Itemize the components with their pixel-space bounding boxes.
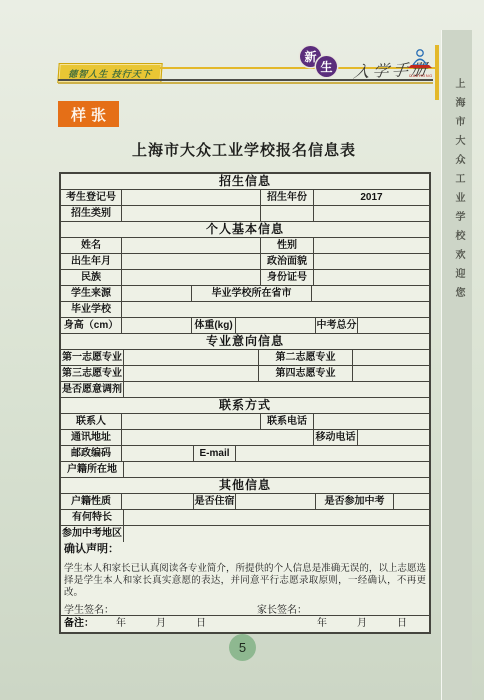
form-row: 学生来源毕业学校所在省市: [61, 286, 429, 302]
confirmation-statement: 确认声明： 学生本人和家长已认真阅读各专业简介，所提供的个人信息是准确无误的，以…: [61, 542, 429, 616]
field-value: [236, 318, 316, 333]
field-label: 是否参加中考: [316, 494, 394, 509]
form-row: 招生类别: [61, 206, 429, 222]
page-number-badge: 5: [229, 634, 256, 661]
field-label: 第四志愿专业: [259, 366, 353, 381]
field-value: [124, 366, 259, 381]
statement-body: 学生本人和家长已认真阅读各专业简介，所提供的个人信息是准确无误的，以上志愿选择是…: [64, 563, 426, 599]
parent-signature-label: 家长签名：: [245, 605, 426, 617]
field-label: 民族: [61, 270, 122, 285]
right-sidebar-strip: 上海市大众工业学校欢迎您: [441, 30, 472, 700]
field-label: 出生年月: [61, 254, 122, 269]
field-label: 第三志愿专业: [61, 366, 124, 381]
field-label: 第一志愿专业: [61, 350, 124, 365]
field-label: 联系人: [61, 414, 122, 429]
field-value: [124, 462, 429, 477]
form-row: 姓名性别: [61, 238, 429, 254]
form-row: 参加中考地区: [61, 526, 429, 542]
field-value: [236, 446, 429, 461]
field-value: [122, 302, 429, 317]
section-header-row: 招生信息: [61, 174, 429, 190]
field-label: 招生类别: [61, 206, 122, 221]
field-label: 体重(kg): [192, 318, 236, 333]
field-value: [122, 206, 261, 221]
field-value: [122, 286, 192, 301]
header-rule-gold: [58, 82, 433, 84]
field-label: 是否住宿: [194, 494, 236, 509]
section-header-row: 专业意向信息: [61, 334, 429, 350]
field-label: 是否愿意调剂: [61, 382, 124, 397]
section-header-row: 联系方式: [61, 398, 429, 414]
form-row: 民族身份证号: [61, 270, 429, 286]
form-row: 有何特长: [61, 510, 429, 526]
statement-title: 确认声明：: [64, 543, 426, 556]
school-logo-icon: [404, 48, 436, 74]
sample-tag-text: 样张: [71, 104, 111, 125]
form-row: 联系人联系电话: [61, 414, 429, 430]
field-value: [314, 238, 429, 253]
field-value: [358, 430, 429, 445]
field-label: 毕业学校: [61, 302, 122, 317]
field-value: [122, 254, 261, 269]
field-value: [124, 350, 259, 365]
field-value: [353, 366, 429, 381]
field-label: 考生登记号: [61, 190, 122, 205]
form-row: 邮政编码E-mail: [61, 446, 429, 462]
field-label: 姓名: [61, 238, 122, 253]
badge-circle-sheng: 生: [316, 56, 337, 77]
field-label: 性别: [261, 238, 314, 253]
form-row: 考生登记号招生年份2017: [61, 190, 429, 206]
field-label: 有何特长: [61, 510, 124, 525]
field-value: [122, 270, 261, 285]
field-label: 户籍所在地: [61, 462, 124, 477]
field-value: [124, 526, 429, 542]
form-row: 户籍性质是否住宿是否参加中考: [61, 494, 429, 510]
form-row: 出生年月政治面貌: [61, 254, 429, 270]
registration-form-table: 招生信息考生登记号招生年份2017招生类别个人基本信息姓名性别出生年月政治面貌民…: [59, 172, 431, 634]
field-label: 通讯地址: [61, 430, 122, 445]
field-value: [122, 414, 261, 429]
form-row: 第三志愿专业第四志愿专业: [61, 366, 429, 382]
field-value: [314, 254, 429, 269]
field-value: [122, 238, 261, 253]
form-title: 上海市大众工业学校报名信息表: [59, 139, 429, 160]
field-value: [394, 494, 429, 509]
school-logo-caption: DAZHONG: [406, 73, 436, 78]
field-value: [353, 350, 429, 365]
field-label: 身高（cm）: [61, 318, 122, 333]
field-value: [358, 318, 429, 333]
form-table-rows: 招生信息考生登记号招生年份2017招生类别个人基本信息姓名性别出生年月政治面貌民…: [61, 174, 429, 542]
field-label: 毕业学校所在省市: [192, 286, 312, 301]
field-value: [122, 318, 192, 333]
form-row: 是否愿意调剂: [61, 382, 429, 398]
school-slogan-text: 德智人生 技行天下: [68, 67, 152, 80]
parent-sign-date: 年 月 日: [245, 617, 426, 630]
school-logo: DAZHONG: [404, 48, 436, 80]
field-label: 移动电话: [314, 430, 358, 445]
form-row: 第一志愿专业第二志愿专业: [61, 350, 429, 366]
field-value: [236, 494, 316, 509]
field-value: [122, 430, 314, 445]
new-student-badge: 新 生: [300, 46, 350, 80]
field-value: [122, 494, 194, 509]
field-label: 参加中考地区: [61, 526, 124, 542]
section-header-row: 个人基本信息: [61, 222, 429, 238]
field-value: [314, 270, 429, 285]
field-value: [122, 190, 261, 205]
form-row: 身高（cm）体重(kg)中考总分: [61, 318, 429, 334]
sample-tag: 样张: [58, 101, 119, 127]
field-label: 身份证号: [261, 270, 314, 285]
field-value: [314, 414, 429, 429]
field-label: E-mail: [194, 446, 236, 461]
form-row: 毕业学校: [61, 302, 429, 318]
field-value: [312, 286, 429, 301]
field-value: 2017: [314, 190, 429, 205]
field-value: [314, 206, 429, 221]
field-value: [124, 510, 429, 525]
field-label: 联系电话: [261, 414, 314, 429]
field-label: 政治面貌: [261, 254, 314, 269]
form-row: 通讯地址移动电话: [61, 430, 429, 446]
field-label: 户籍性质: [61, 494, 122, 509]
page-number: 5: [239, 640, 246, 655]
field-label: 招生年份: [261, 190, 314, 205]
field-value: [261, 206, 314, 221]
field-label: 第二志愿专业: [259, 350, 353, 365]
form-row: 户籍所在地: [61, 462, 429, 478]
field-label: 邮政编码: [61, 446, 122, 461]
field-value: [122, 446, 194, 461]
field-label: 中考总分: [316, 318, 358, 333]
field-value: [124, 382, 429, 397]
section-header-row: 其他信息: [61, 478, 429, 494]
sidebar-vertical-text: 上海市大众工业学校欢迎您: [451, 78, 466, 306]
field-label: 学生来源: [61, 286, 122, 301]
handbook-page: 上海市大众工业学校欢迎您 德智人生 技行天下 新 生 入学手册 DAZHONG …: [0, 0, 484, 700]
